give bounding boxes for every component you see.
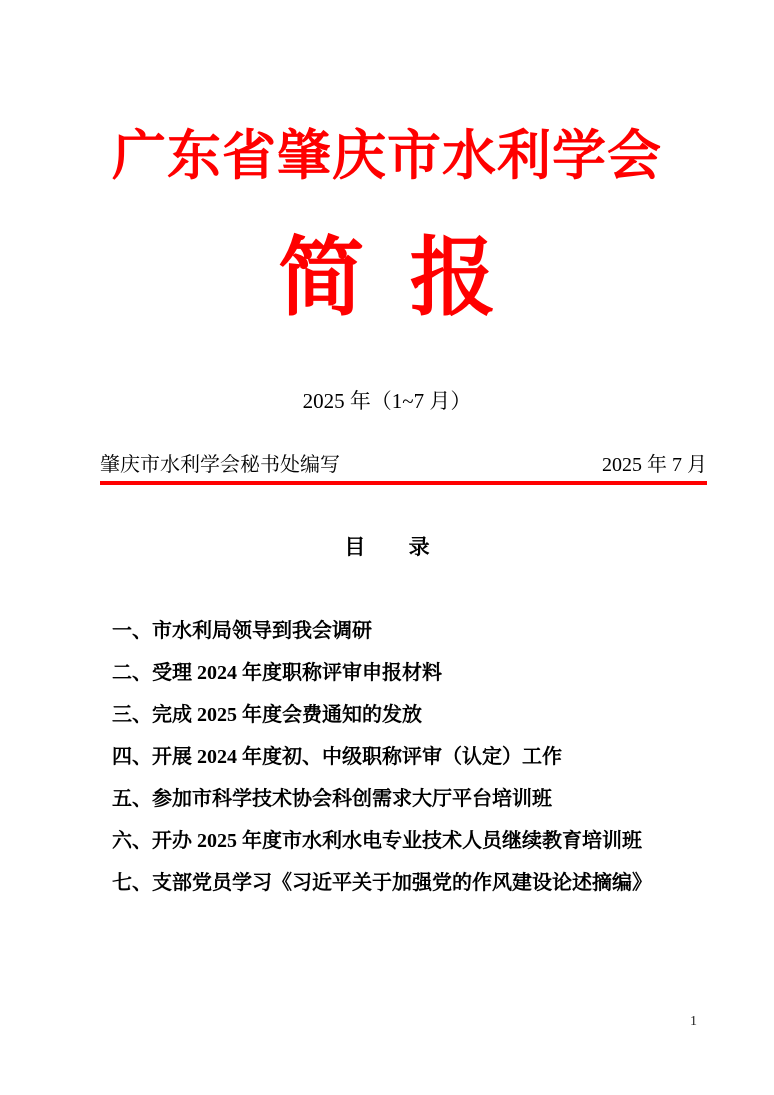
bulletin-cover-page: 广东省肇庆市水利学会 简 报 2025 年（1~7 月） 肇庆市水利学会秘书处编… xyxy=(0,0,774,1095)
toc-item: 七、支部党员学习《习近平关于加强党的作风建设论述摘编》 xyxy=(112,862,714,904)
page-number: 1 xyxy=(690,1015,697,1029)
toc-item: 二、受理 2024 年度职称评审申报材料 xyxy=(112,652,714,694)
toc-item: 三、完成 2025 年度会费通知的发放 xyxy=(112,694,714,736)
editor-credit: 肇庆市水利学会秘书处编写 xyxy=(100,454,340,476)
issue-period: 2025 年（1~7 月） xyxy=(0,391,774,412)
toc-list: 一、市水利局领导到我会调研 二、受理 2024 年度职称评审申报材料 三、完成 … xyxy=(112,610,714,904)
red-divider-rule xyxy=(100,481,707,485)
organization-title: 广东省肇庆市水利学会 xyxy=(0,0,774,185)
toc-item: 一、市水利局领导到我会调研 xyxy=(112,610,714,652)
issue-date: 2025 年 7 月 xyxy=(602,454,707,476)
toc-item: 四、开展 2024 年度初、中级职称评审（认定）工作 xyxy=(112,736,714,778)
editor-row: 肇庆市水利学会秘书处编写 2025 年 7 月 xyxy=(100,454,707,476)
bulletin-title: 简 报 xyxy=(0,235,774,321)
toc-item: 六、开办 2025 年度市水利水电专业技术人员继续教育培训班 xyxy=(112,820,714,862)
toc-item: 五、参加市科学技术协会科创需求大厅平台培训班 xyxy=(112,778,714,820)
toc-heading: 目 录 xyxy=(0,537,774,558)
